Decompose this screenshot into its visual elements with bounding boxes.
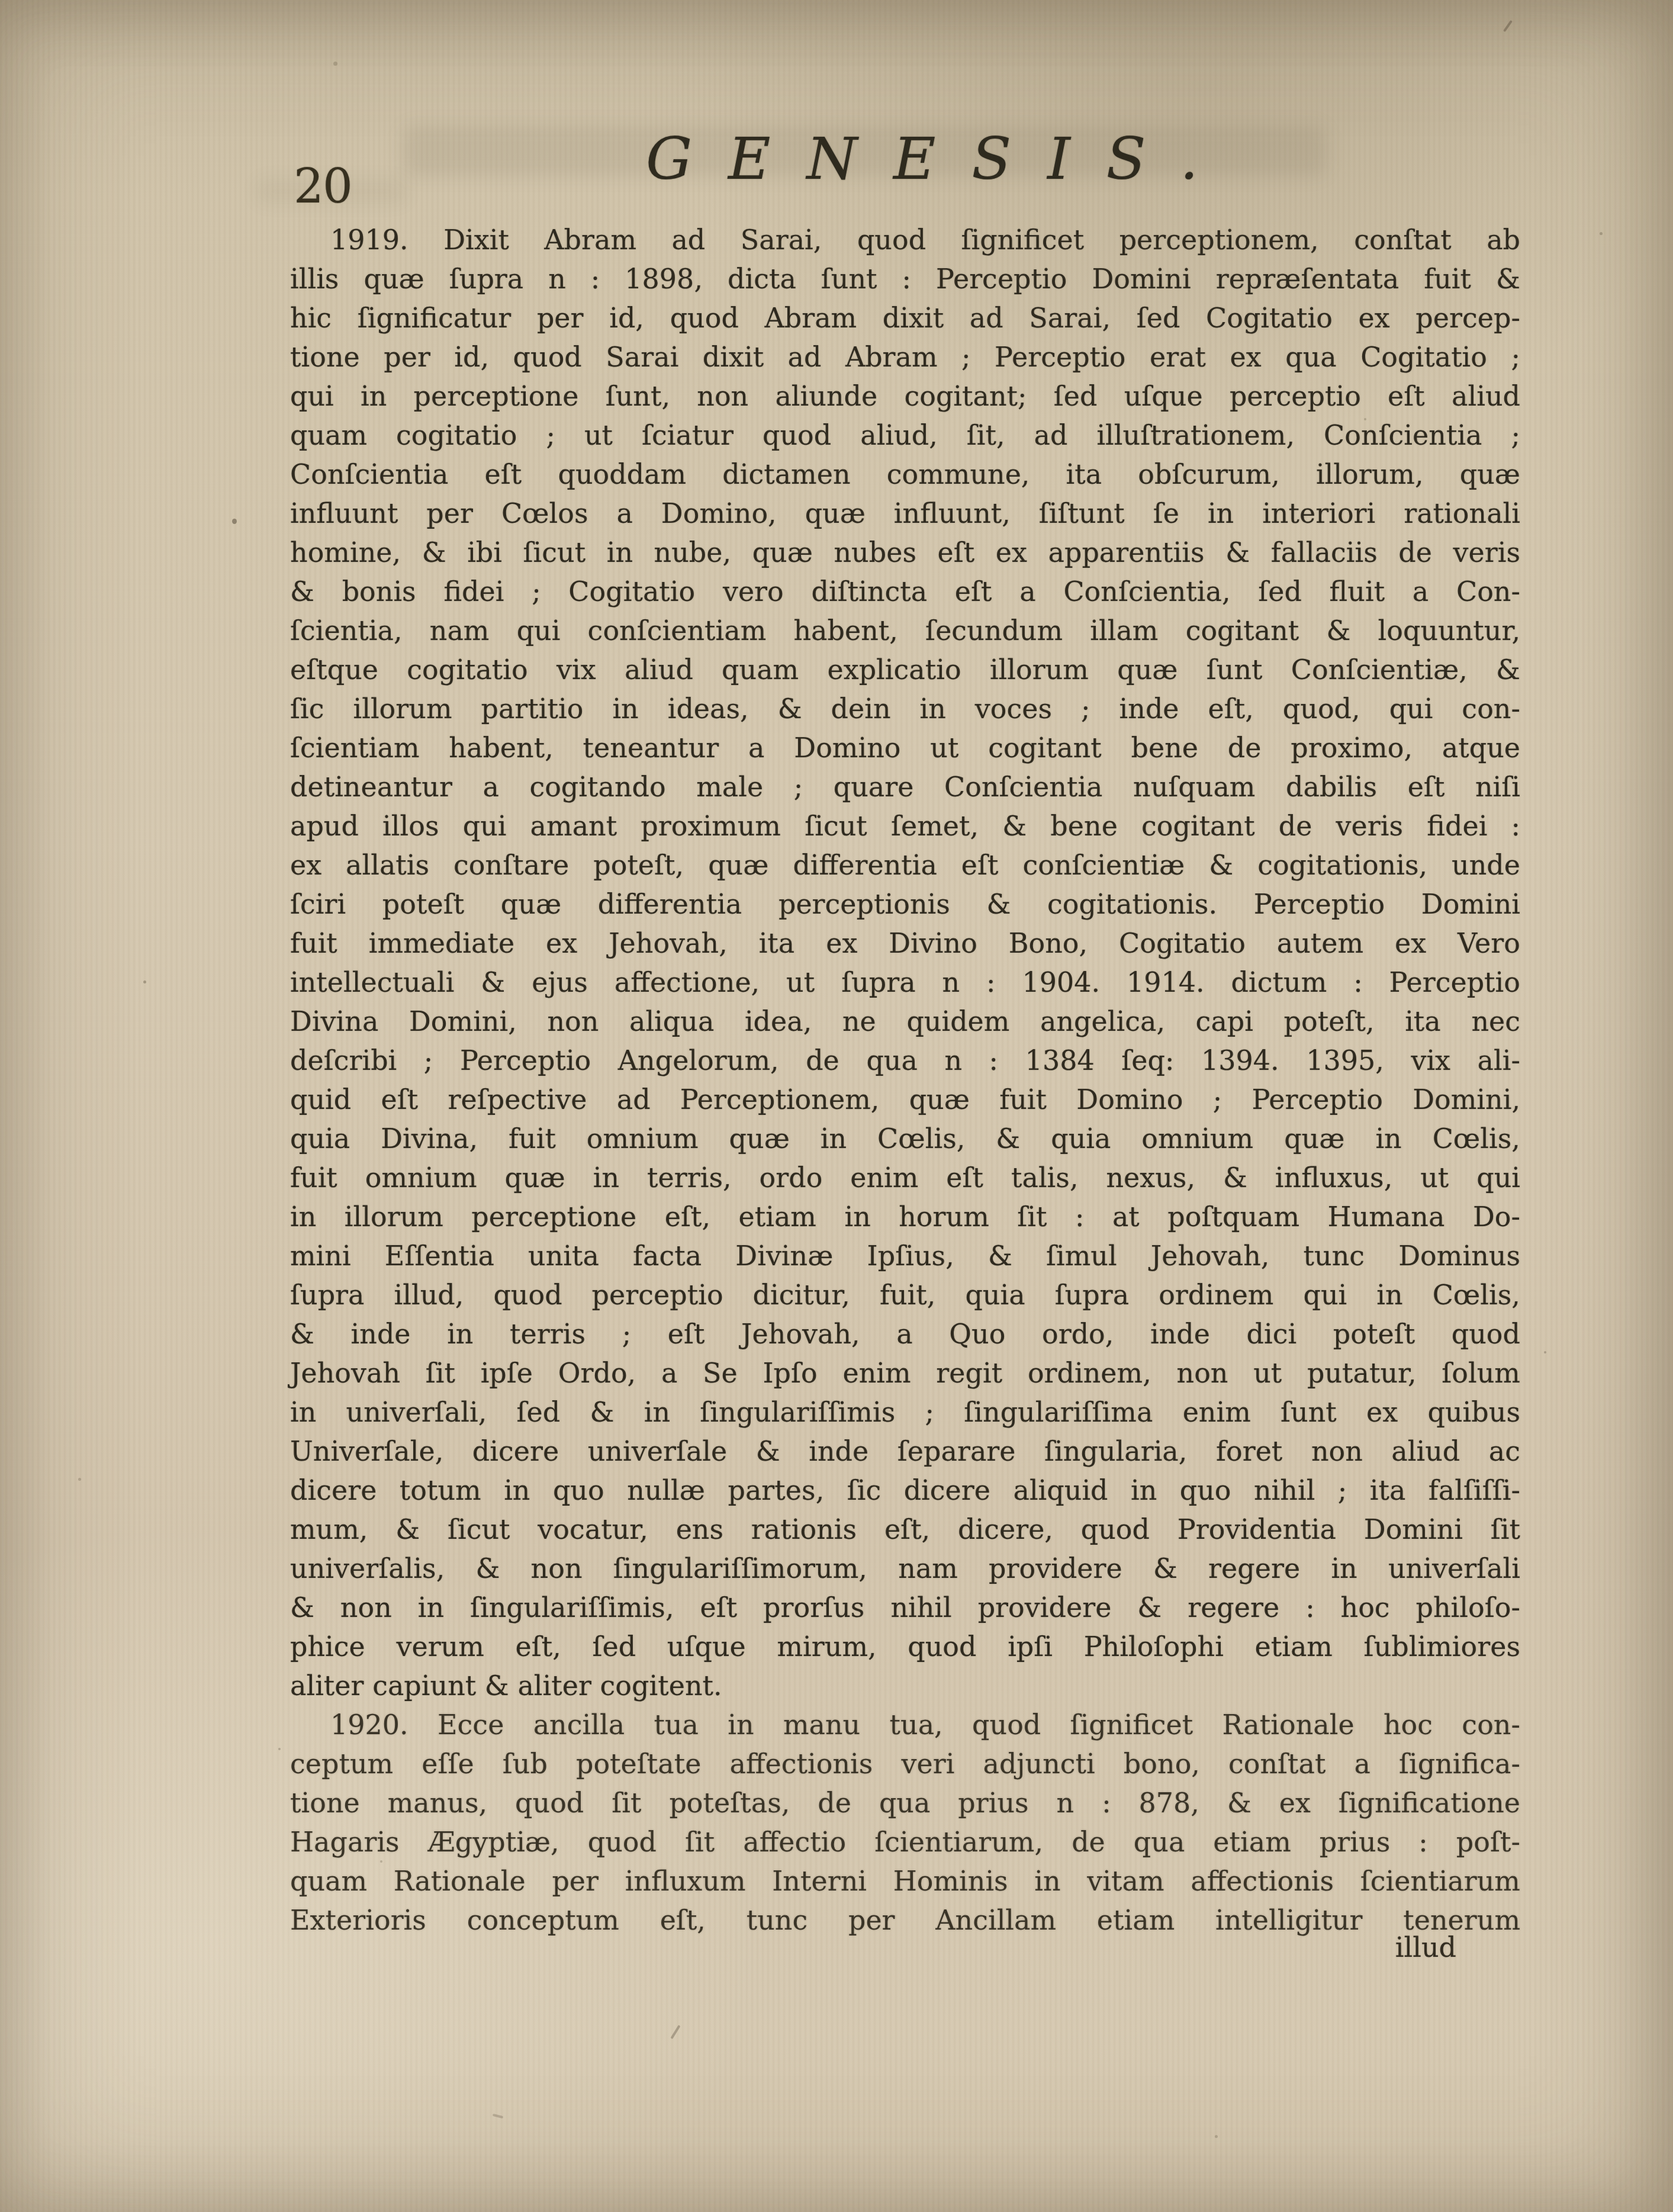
text-line: mum, & ſicut vocatur, ens rationis eſt, … [290,1510,1520,1549]
text-line: & inde in terris ; eſt Jehovah, a Quo or… [290,1314,1520,1353]
text-line: hic ſignificatur per id, quod Abram dixi… [290,298,1520,337]
paper-speck [143,980,146,983]
text-line: apud illos qui amant proximum ſicut ſeme… [290,806,1520,845]
catchword: illud [1395,1931,1456,1963]
text-line: ceptum eſſe ſub poteſtate affectionis ve… [290,1744,1520,1783]
text-line: mini Eſſentia unita facta Divinæ Ipſius,… [290,1236,1520,1275]
text-line: eſtque cogitatio vix aliud quam explicat… [290,650,1520,689]
text-line: influunt per Cœlos a Domino, quæ influun… [290,494,1520,533]
text-line: Divina Domini, non aliqua idea, ne quide… [290,1002,1520,1041]
text-line: aliter capiunt & aliter cogitent. [290,1666,1520,1705]
text-block: 1919. Dixit Abram ad Sarai, quod ſignifi… [290,220,1520,1940]
text-line: ſcientia, nam qui conſcientiam habent, ſ… [290,611,1520,650]
text-line: ex allatis conſtare poteſt, quæ differen… [290,845,1520,885]
text-line: & bonis fidei ; Cogitatio vero diſtincta… [290,572,1520,611]
text-line: quam cogitatio ; ut ſciatur quod aliud, … [290,416,1520,455]
text-line: quam Rationale per influxum Interni Homi… [290,1861,1520,1901]
paper-speck [1600,232,1603,235]
text-line: Jehovah ſit ipſe Ordo, a Se Ipſo enim re… [290,1353,1520,1393]
text-line: tione per id, quod Sarai dixit ad Abram … [290,337,1520,377]
text-line: Univerſale, dicere univerſale & inde ſep… [290,1432,1520,1471]
text-line: detineantur a cogitando male ; quare Con… [290,767,1520,806]
text-line: in illorum perceptione eſt, etiam in hor… [290,1197,1520,1236]
text-line: ſcientiam habent, teneantur a Domino ut … [290,728,1520,767]
paragraph-1920: 1920. Ecce ancilla tua in manu tua, quod… [290,1705,1520,1940]
text-line: ſic illorum partitio in ideas, & dein in… [290,689,1520,728]
text-line: univerſalis, & non ſingulariſſimorum, na… [290,1549,1520,1588]
text-line: fuit immediate ex Jehovah, ita ex Divino… [290,924,1520,963]
text-line: homine, & ibi ſicut in nube, quæ nubes e… [290,533,1520,572]
text-line: ſupra illud, quod perceptio dicitur, fui… [290,1275,1520,1314]
paper-speck [333,62,337,66]
paper-speck [78,1478,81,1481]
paper-speck [232,519,237,524]
text-line: dicere totum in quo nullæ partes, ſic di… [290,1471,1520,1510]
paper-speck [670,2025,680,2039]
catchword-line: illud [290,1928,1520,1967]
paragraph-1919: 1919. Dixit Abram ad Sarai, quod ſignifi… [290,220,1520,1705]
text-line: 1919. Dixit Abram ad Sarai, quod ſignifi… [290,220,1520,259]
running-title: GENESIS. [646,126,1234,193]
text-line: Conſcientia eſt quoddam dictamen commune… [290,455,1520,494]
text-line: qui in perceptione ſunt, non aliunde cog… [290,377,1520,416]
paper-speck [493,2114,503,2118]
paper-speck [278,1748,281,1750]
text-line: intellectuali & ejus affectione, ut ſupr… [290,963,1520,1002]
paper-speck [1503,20,1513,32]
text-line: quid eſt reſpective ad Perceptionem, quæ… [290,1080,1520,1119]
text-line: & non in ſingulariſſimis, eſt prorſus ni… [290,1588,1520,1627]
text-line: ſciri poteſt quæ differentia perceptioni… [290,885,1520,924]
text-line: fuit omnium quæ in terris, ordo enim eſt… [290,1158,1520,1197]
text-line: deſcribi ; Perceptio Angelorum, de qua n… [290,1041,1520,1080]
paper-speck [1215,2135,1218,2138]
page-number: 20 [294,159,352,214]
text-line: in univerſali, ſed & in ſingulariſſimis … [290,1393,1520,1432]
paper-speck [1544,1351,1546,1353]
text-line: illis quæ ſupra n : 1898, dicta ſunt : P… [290,259,1520,298]
text-line: quia Divina, fuit omnium quæ in Cœlis, &… [290,1119,1520,1158]
text-line: phice verum eſt, ſed uſque mirum, quod i… [290,1627,1520,1666]
text-line: 1920. Ecce ancilla tua in manu tua, quod… [290,1705,1520,1744]
text-line: tione manus, quod ſit poteſtas, de qua p… [290,1783,1520,1822]
text-line: Hagaris Ægyptiæ, quod ſit affectio ſcien… [290,1822,1520,1861]
scanned-book-page: 20 GENESIS. 1919. Dixit Abram ad Sarai, … [0,0,1673,2212]
